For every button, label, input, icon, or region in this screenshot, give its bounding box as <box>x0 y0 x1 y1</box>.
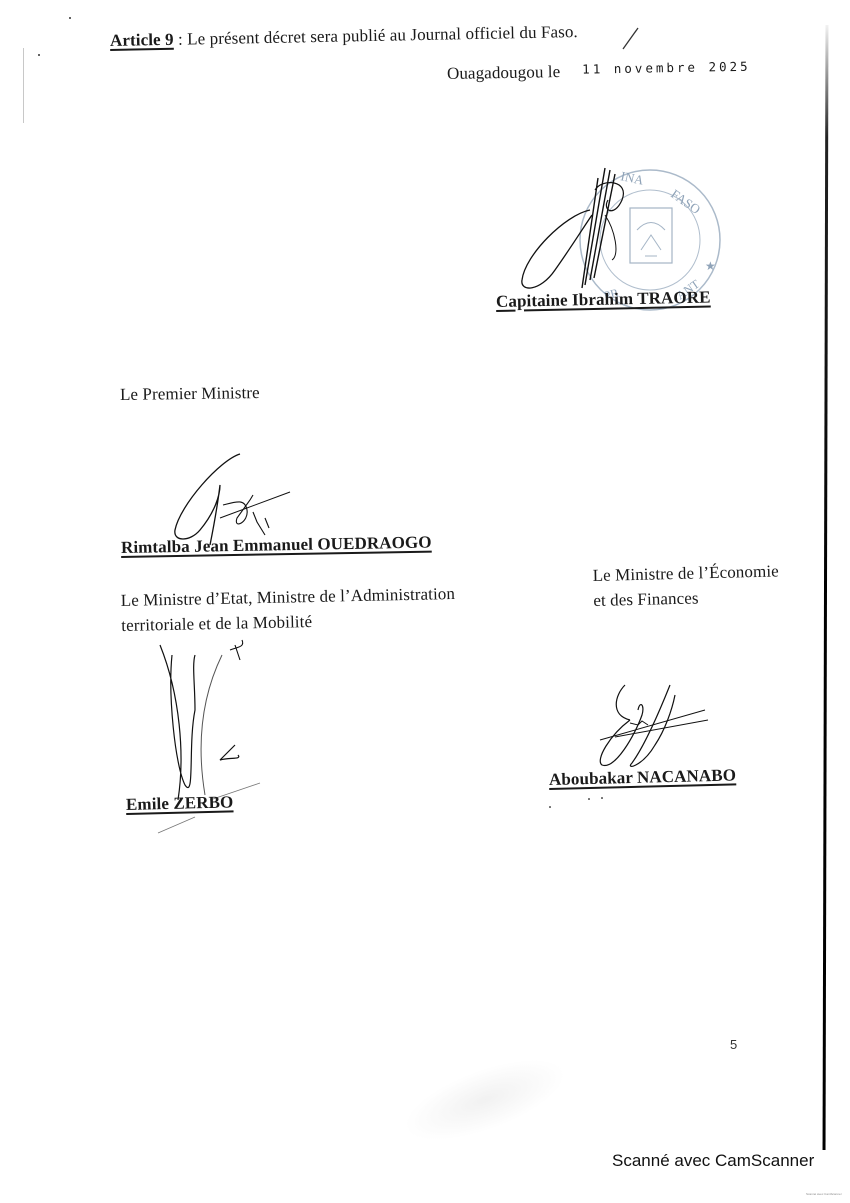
article-text: : Le présent décret sera publié au Journ… <box>173 22 578 49</box>
seal-text-top: FASO <box>668 186 703 217</box>
minister-finance-title-line2: et des Finances <box>593 583 780 613</box>
minister-finance-name: Aboubakar NACANABO <box>549 765 737 790</box>
camscanner-watermark-small: Scanné avec CamScanner <box>806 1192 842 1196</box>
place-date: Ouagadougou le 11 novembre 2025 <box>447 59 751 84</box>
minister-finance-title: Le Ministre de l’Économie et des Finance… <box>592 558 779 613</box>
scan-edge-left <box>23 48 24 123</box>
prime-minister-title: Le Premier Ministre <box>120 383 260 405</box>
scan-speck <box>69 17 71 19</box>
prime-minister-name: Rimtalba Jean Emmanuel OUEDRAOGO <box>121 533 432 558</box>
scan-edge-right <box>823 25 829 1150</box>
date-stamp: 11 novembre 2025 <box>582 59 751 77</box>
minister-finance-signature <box>590 675 710 775</box>
scan-speck <box>601 797 603 799</box>
scan-speck <box>38 54 40 56</box>
article-label: Article 9 <box>110 30 174 50</box>
minister-finance-title-line1: Le Ministre de l’Économie <box>592 558 779 588</box>
scan-speck <box>588 798 590 800</box>
check-mark-icon <box>620 26 640 51</box>
page-number: 5 <box>730 1037 737 1052</box>
svg-text:★: ★ <box>705 259 716 273</box>
president-signature <box>510 160 670 300</box>
article-9-line: Article 9 : Le présent décret sera publi… <box>110 22 578 51</box>
place-label: Ouagadougou le <box>447 62 561 83</box>
camscanner-watermark: Scanné avec CamScanner <box>612 1151 814 1171</box>
scan-speck <box>549 806 551 808</box>
minister-admin-title: Le Ministre d’Etat, Ministre de l’Admini… <box>120 581 455 638</box>
minister-admin-name: Emile ZERBO <box>126 792 234 815</box>
scan-smudge <box>395 1043 575 1158</box>
